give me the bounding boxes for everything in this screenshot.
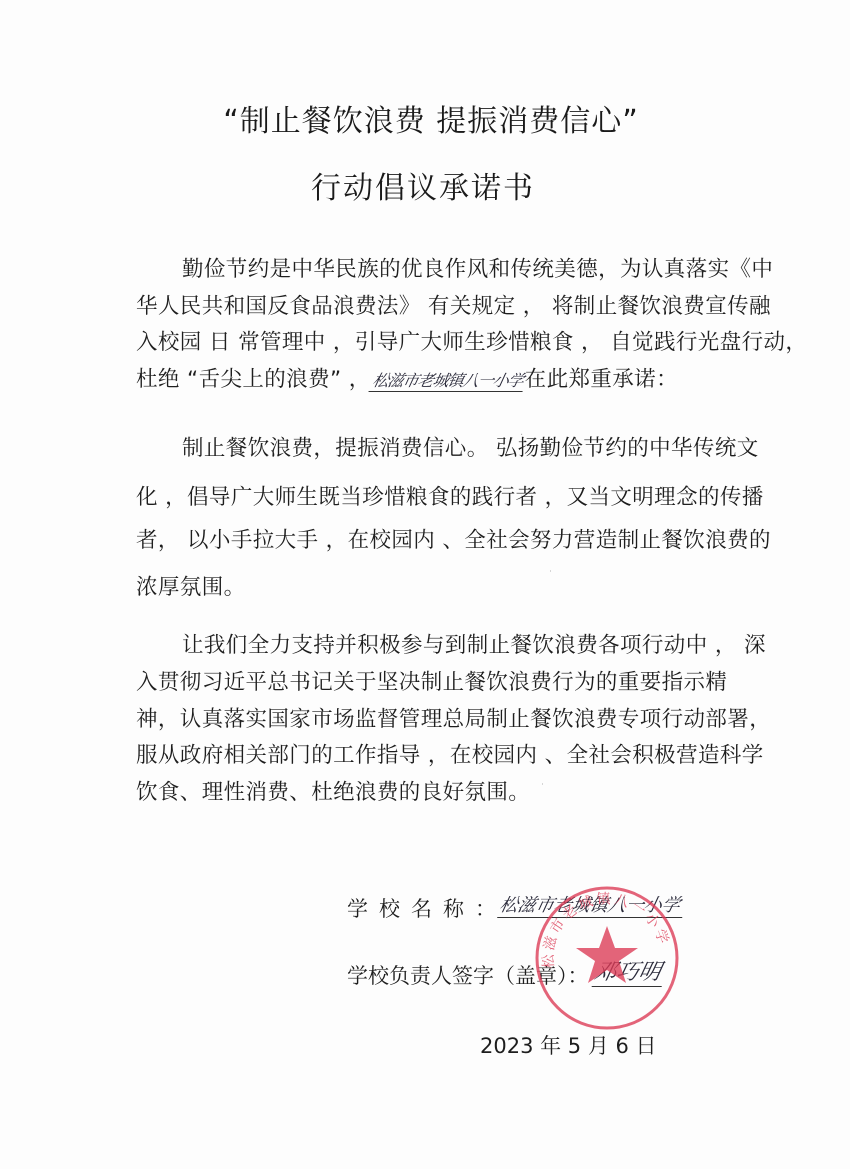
document-title-line-2: 行动倡议承诺书 <box>0 163 848 207</box>
school-name-handwritten: 松滋市老城镇八一小学 <box>497 891 688 918</box>
paragraph-2-line-2: 化 ，倡导广大师生既当珍惜粮食的践行者 ，又当文明理念的传播 <box>136 480 764 511</box>
paragraph-3-line-4: 服从政府相关部门的工作指导 ，在校园内 、全社会积极营造科学 <box>136 738 764 769</box>
paragraph-3-line-2: 入贯彻习近平总书记关于坚决制止餐饮浪费行为的重要指示精 <box>136 665 727 696</box>
paragraph-1-line-4-prefix: 杜绝 “舌尖上的浪费” ， <box>136 367 371 392</box>
paragraph-1-line-2: 华人民共和国反食品浪费法》 有关规定 ， 将制止餐饮浪费宣传融 <box>136 289 771 320</box>
paragraph-3-line-5: 饮食、理性消费、杜绝浪费的良好氛围。 <box>136 775 530 806</box>
paragraph-3-line-3: 神，认真落实国家市场监督管理总局制止餐饮浪费专项行动部署， <box>136 702 771 733</box>
paragraph-2-line-3: 者， 以小手拉大手 ，在校园内 、全社会努力营造制止餐饮浪费的 <box>136 523 771 554</box>
paragraph-1-line-3: 入校园 日 常管理中 ，引导广大师生珍惜粮食 ， 自觉践行光盘行动， <box>136 325 807 356</box>
document-title-line-1: “制止餐饮浪费 提振消费信心” <box>6 96 850 140</box>
document-date: 2023 年 5 月 6 日 <box>480 1030 657 1060</box>
school-name-label: 学校名称： <box>347 893 507 923</box>
paragraph-1-line-4: 杜绝 “舌尖上的浪费” ，松滋市老城镇八一小学在此郑重承诺： <box>136 362 678 393</box>
principal-signature-handwritten: 邓巧明 <box>592 955 669 987</box>
paragraph-2-line-4: 浓厚氛围。 <box>136 570 246 601</box>
document-page: “制止餐饮浪费 提振消费信心” 行动倡议承诺书 勤俭节约是中华民族的优良作风和传… <box>0 0 850 1169</box>
paragraph-1-line-4-suffix: 在此郑重承诺： <box>525 367 678 392</box>
paragraph-2-line-1: 制止餐饮浪费，提振消费信心。 弘扬勤俭节约的中华传统文 <box>182 431 759 462</box>
scan-speck: ˙ <box>540 783 545 794</box>
paragraph-1-line-1: 勤俭节约是中华民族的优良作风和传统美德，为认真落实《中 <box>182 252 773 283</box>
handwritten-school-name: 松滋市老城镇八一小学 <box>368 368 527 392</box>
scan-speck: ˙ <box>548 570 553 581</box>
scan-speck: · <box>520 430 523 441</box>
paragraph-3-line-1: 让我们全力支持并积极参与到制止餐饮浪费各项行动中 ， 深 <box>182 628 766 659</box>
principal-signature-label: 学校负责人签字（盖章）： <box>347 960 589 990</box>
